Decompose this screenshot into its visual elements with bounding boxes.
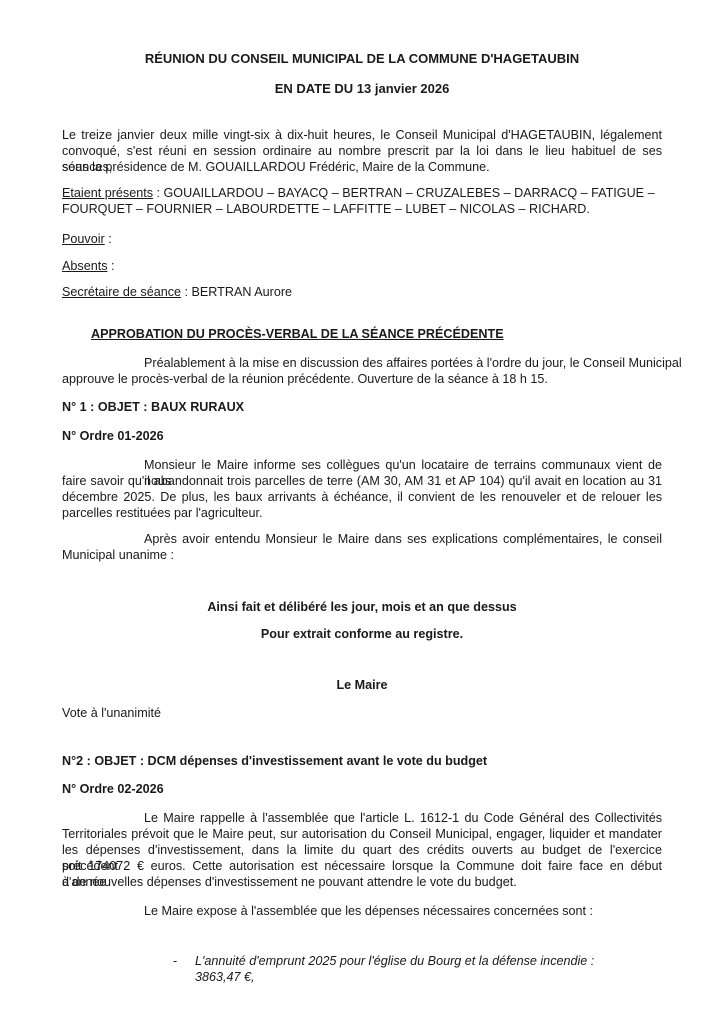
item1-line: parcelles restituées par l'agriculteur. [62,505,263,521]
presents-names: : GOUAILLARDOU – BAYACQ – BERTRAN – CRUZ… [153,186,655,200]
secretaire-value: : BERTRAN Aurore [181,285,292,299]
bullet-dash: - [173,953,177,969]
item1-objet: N° 1 : OBJET : BAUX RURAUX [62,399,244,415]
intro-line: Le treize janvier deux mille vingt-six à… [62,127,662,143]
absents-value: : [108,259,115,273]
pouvoir-line: Pouvoir : [62,231,112,247]
pouvoir-label: Pouvoir [62,232,105,246]
item1-ordre: N° Ordre 01-2026 [62,428,164,444]
item2-ordre: N° Ordre 02-2026 [62,781,164,797]
secretaire-label: Secrétaire de séance [62,285,181,299]
secretaire-line: Secrétaire de séance : BERTRAN Aurore [62,284,292,300]
item2-line: Territoriales prévoit que le Maire peut,… [62,826,662,842]
closing-formula: Ainsi fait et délibéré les jour, mois et… [0,599,724,615]
approbation-line: approuve le procès-verbal de la réunion … [62,371,548,387]
document-page: RÉUNION DU CONSEIL MUNICIPAL DE LA COMMU… [0,0,724,1024]
vote-result: Vote à l'unanimité [62,705,161,721]
absents-label: Absents [62,259,108,273]
presents-names-cont: FOURQUET – FOURNIER – LABOURDETTE – LAFF… [62,201,590,217]
absents-line: Absents : [62,258,115,274]
pouvoir-value: : [105,232,112,246]
item1-line: Après avoir entendu Monsieur le Maire da… [144,531,662,547]
signature-maire: Le Maire [0,677,724,693]
item2-objet: N°2 : OBJET : DCM dépenses d'investissem… [62,753,487,769]
item1-line: faire savoir qu'il abandonnait trois par… [62,473,662,489]
item2-line: Le Maire rappelle à l'assemblée que l'ar… [144,810,662,826]
presents-label: Etaient présents [62,186,153,200]
closing-extract: Pour extrait conforme au registre. [0,626,724,642]
document-date: EN DATE DU 13 janvier 2026 [0,81,724,97]
approbation-heading: APPROBATION DU PROCÈS-VERBAL DE LA SÉANC… [91,326,504,342]
expense-amount: 3863,47 €, [195,969,255,985]
approbation-line: Préalablement à la mise en discussion de… [144,355,682,371]
item1-line: décembre 2025. De plus, les baux arrivan… [62,489,662,505]
intro-line: sous la présidence de M. GOUAILLARDOU Fr… [62,159,490,175]
item2-expose: Le Maire expose à l'assemblée que les dé… [144,903,593,919]
expense-description: L'annuité d'emprunt 2025 pour l'église d… [195,953,594,969]
item1-line: Municipal unanime : [62,547,174,563]
presents-line: Etaient présents : GOUAILLARDOU – BAYACQ… [62,185,655,201]
document-title: RÉUNION DU CONSEIL MUNICIPAL DE LA COMMU… [0,51,724,67]
item2-line: à de nouvelles dépenses d'investissement… [62,874,517,890]
